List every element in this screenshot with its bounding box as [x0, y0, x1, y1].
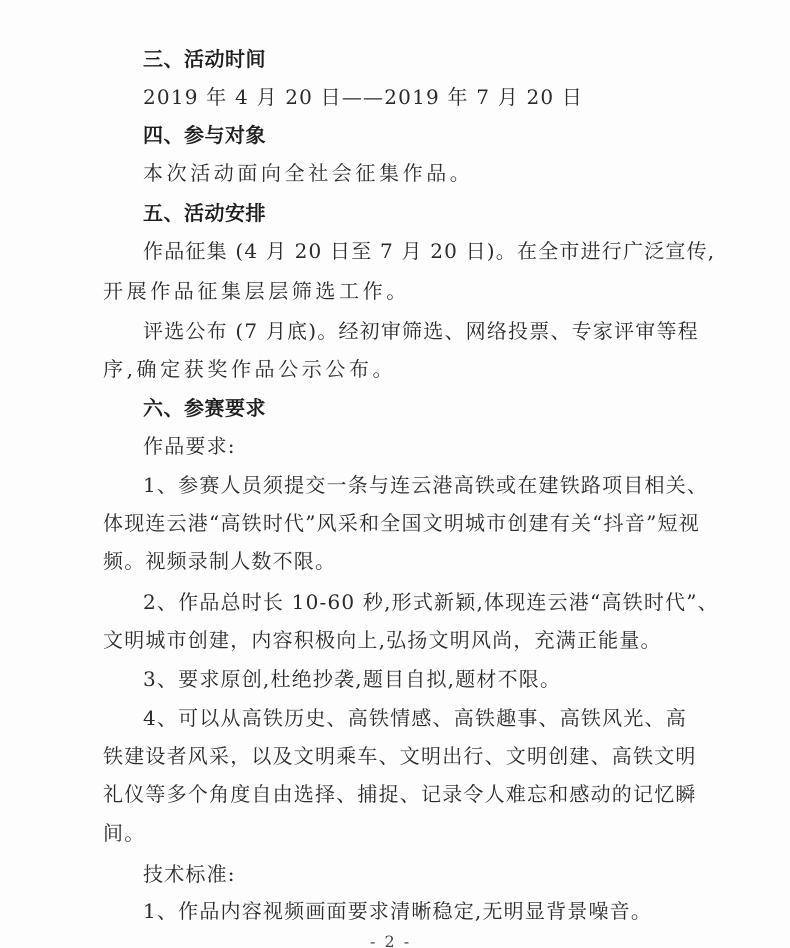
document-page: 三、活动时间 2019 年 4 月 20 日——2019 年 7 月 20 日 … [0, 0, 790, 948]
requirement-2-line-1: 2、作品总时长 10-60 秒,形式新颖,体现连云港“高铁时代”、 [143, 589, 763, 615]
requirement-1-line-2: 体现连云港“高铁时代”风采和全国文明城市创建有关“抖音”短视 [103, 510, 723, 536]
participants-text: 本次活动面向全社会征集作品。 [143, 160, 763, 186]
requirement-4-line-2: 铁建设者风采，以及文明乘车、文明出行、文明创建、高铁文明 [103, 743, 723, 769]
activity-date-range: 2019 年 4 月 20 日——2019 年 7 月 20 日 [143, 84, 763, 110]
section-heading-requirements: 六、参赛要求 [143, 395, 763, 421]
requirement-1-line-3: 频。视频录制人数不限。 [103, 548, 723, 574]
section-heading-arrangement: 五、活动安排 [143, 200, 763, 226]
arrangement-collection-line-1: 作品征集 (4 月 20 日至 7 月 20 日)。在全市进行广泛宣传, [143, 238, 763, 264]
subheading-technical-standards: 技术标准: [143, 861, 763, 887]
arrangement-collection-line-2: 开展作品征集层层筛选工作。 [103, 278, 723, 304]
subheading-work-requirements: 作品要求: [143, 433, 763, 459]
page-number: - 2 - [370, 932, 411, 948]
arrangement-selection-line-1: 评选公布 (7 月底)。经初审筛选、网络投票、专家评审等程 [143, 318, 763, 344]
requirement-3: 3、要求原创,杜绝抄袭,题目自拟,题材不限。 [143, 666, 763, 692]
section-heading-participants: 四、参与对象 [143, 122, 763, 148]
section-heading-activity-time: 三、活动时间 [143, 46, 763, 72]
requirement-2-line-2: 文明城市创建，内容积极向上,弘扬文明风尚，充满正能量。 [103, 627, 723, 653]
requirement-4-line-3: 礼仪等多个角度自由选择、捕捉、记录令人难忘和感动的记忆瞬 [103, 781, 723, 807]
requirement-4-line-1: 4、可以从高铁历史、高铁情感、高铁趣事、高铁风光、高 [143, 705, 763, 731]
requirement-1-line-1: 1、参赛人员须提交一条与连云港高铁或在建铁路项目相关、 [143, 472, 763, 498]
technical-standard-1: 1、作品内容视频画面要求清晰稳定,无明显背景噪音。 [143, 898, 763, 924]
requirement-4-line-4: 间。 [103, 820, 723, 846]
arrangement-selection-line-2: 序,确定获奖作品公示公布。 [103, 356, 723, 382]
